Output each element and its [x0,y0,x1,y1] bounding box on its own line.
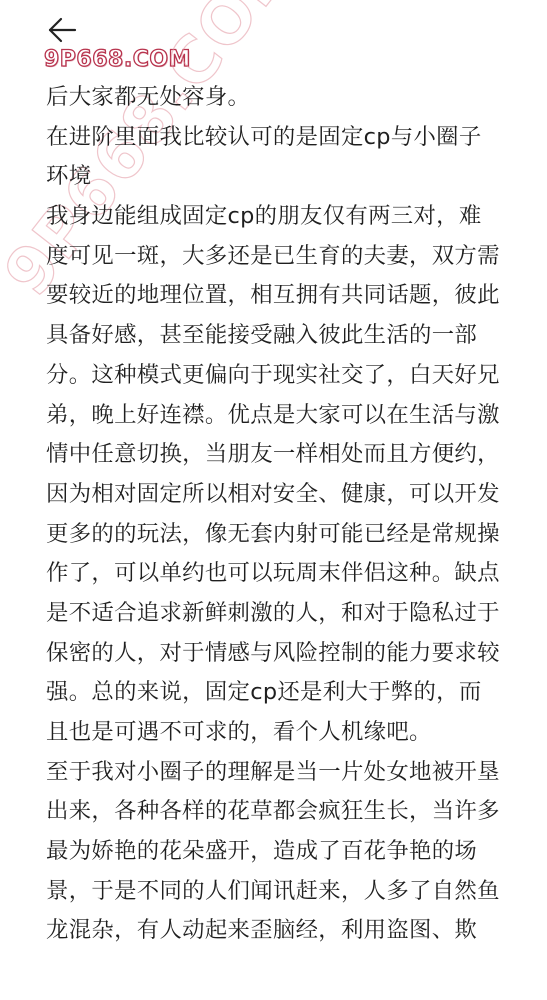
text-line: 至于我对小圈子的理解是当一片处女地被开垦 [46,753,511,793]
text-line: 且也是可遇不可求的，看个人机缘吧。 [46,713,511,753]
text-line: 龙混杂，有人动起来歪脑经，利用盗图、欺 [46,911,511,951]
text-line: 作了，可以单约也可以玩周末伴侣这种。缺点 [46,554,511,594]
text-line: 具备好感，甚至能接受融入彼此生活的一部 [46,316,511,356]
text-line: 最为娇艳的花朵盛开，造成了百花争艳的场 [46,832,511,872]
text-line: 我身边能组成固定cp的朋友仅有两三对，难 [46,197,511,237]
text-line: 是不适合追求新鲜刺激的人，和对于隐私过于 [46,594,511,634]
text-line: 保密的人，对于情感与风险控制的能力要求较 [46,634,511,674]
text-line: 强。总的来说，固定cp还是利大于弊的，而 [46,673,511,713]
text-line: 更多的的玩法，像无套内射可能已经是常规操 [46,515,511,555]
text-line: 后大家都无处容身。 [46,78,511,118]
article-body: 后大家都无处容身。 在进阶里面我比较认可的是固定cp与小圈子 环境 我身边能组成… [46,78,511,951]
arrow-left-icon [47,17,77,43]
text-line: 分。这种模式更偏向于现实社交了，白天好兄 [46,356,511,396]
text-line: 弟，晚上好连襟。优点是大家可以在生活与激 [46,396,511,436]
site-logo-watermark: 9P668.COM [44,46,191,74]
top-bar [0,0,547,48]
text-line: 度可见一斑，大多还是已生育的夫妻，双方需 [46,237,511,277]
text-line: 环境 [46,157,511,197]
back-button[interactable] [44,14,80,46]
text-line: 要较近的地理位置，相互拥有共同话题，彼此 [46,276,511,316]
text-line: 情中任意切换，当朋友一样相处而且方便约， [46,435,511,475]
text-line: 景，于是不同的人们闻讯赶来，人多了自然鱼 [46,872,511,912]
text-line: 出来，各种各样的花草都会疯狂生长，当许多 [46,792,511,832]
text-line: 在进阶里面我比较认可的是固定cp与小圈子 [46,118,511,158]
text-line: 因为相对固定所以相对安全、健康，可以开发 [46,475,511,515]
